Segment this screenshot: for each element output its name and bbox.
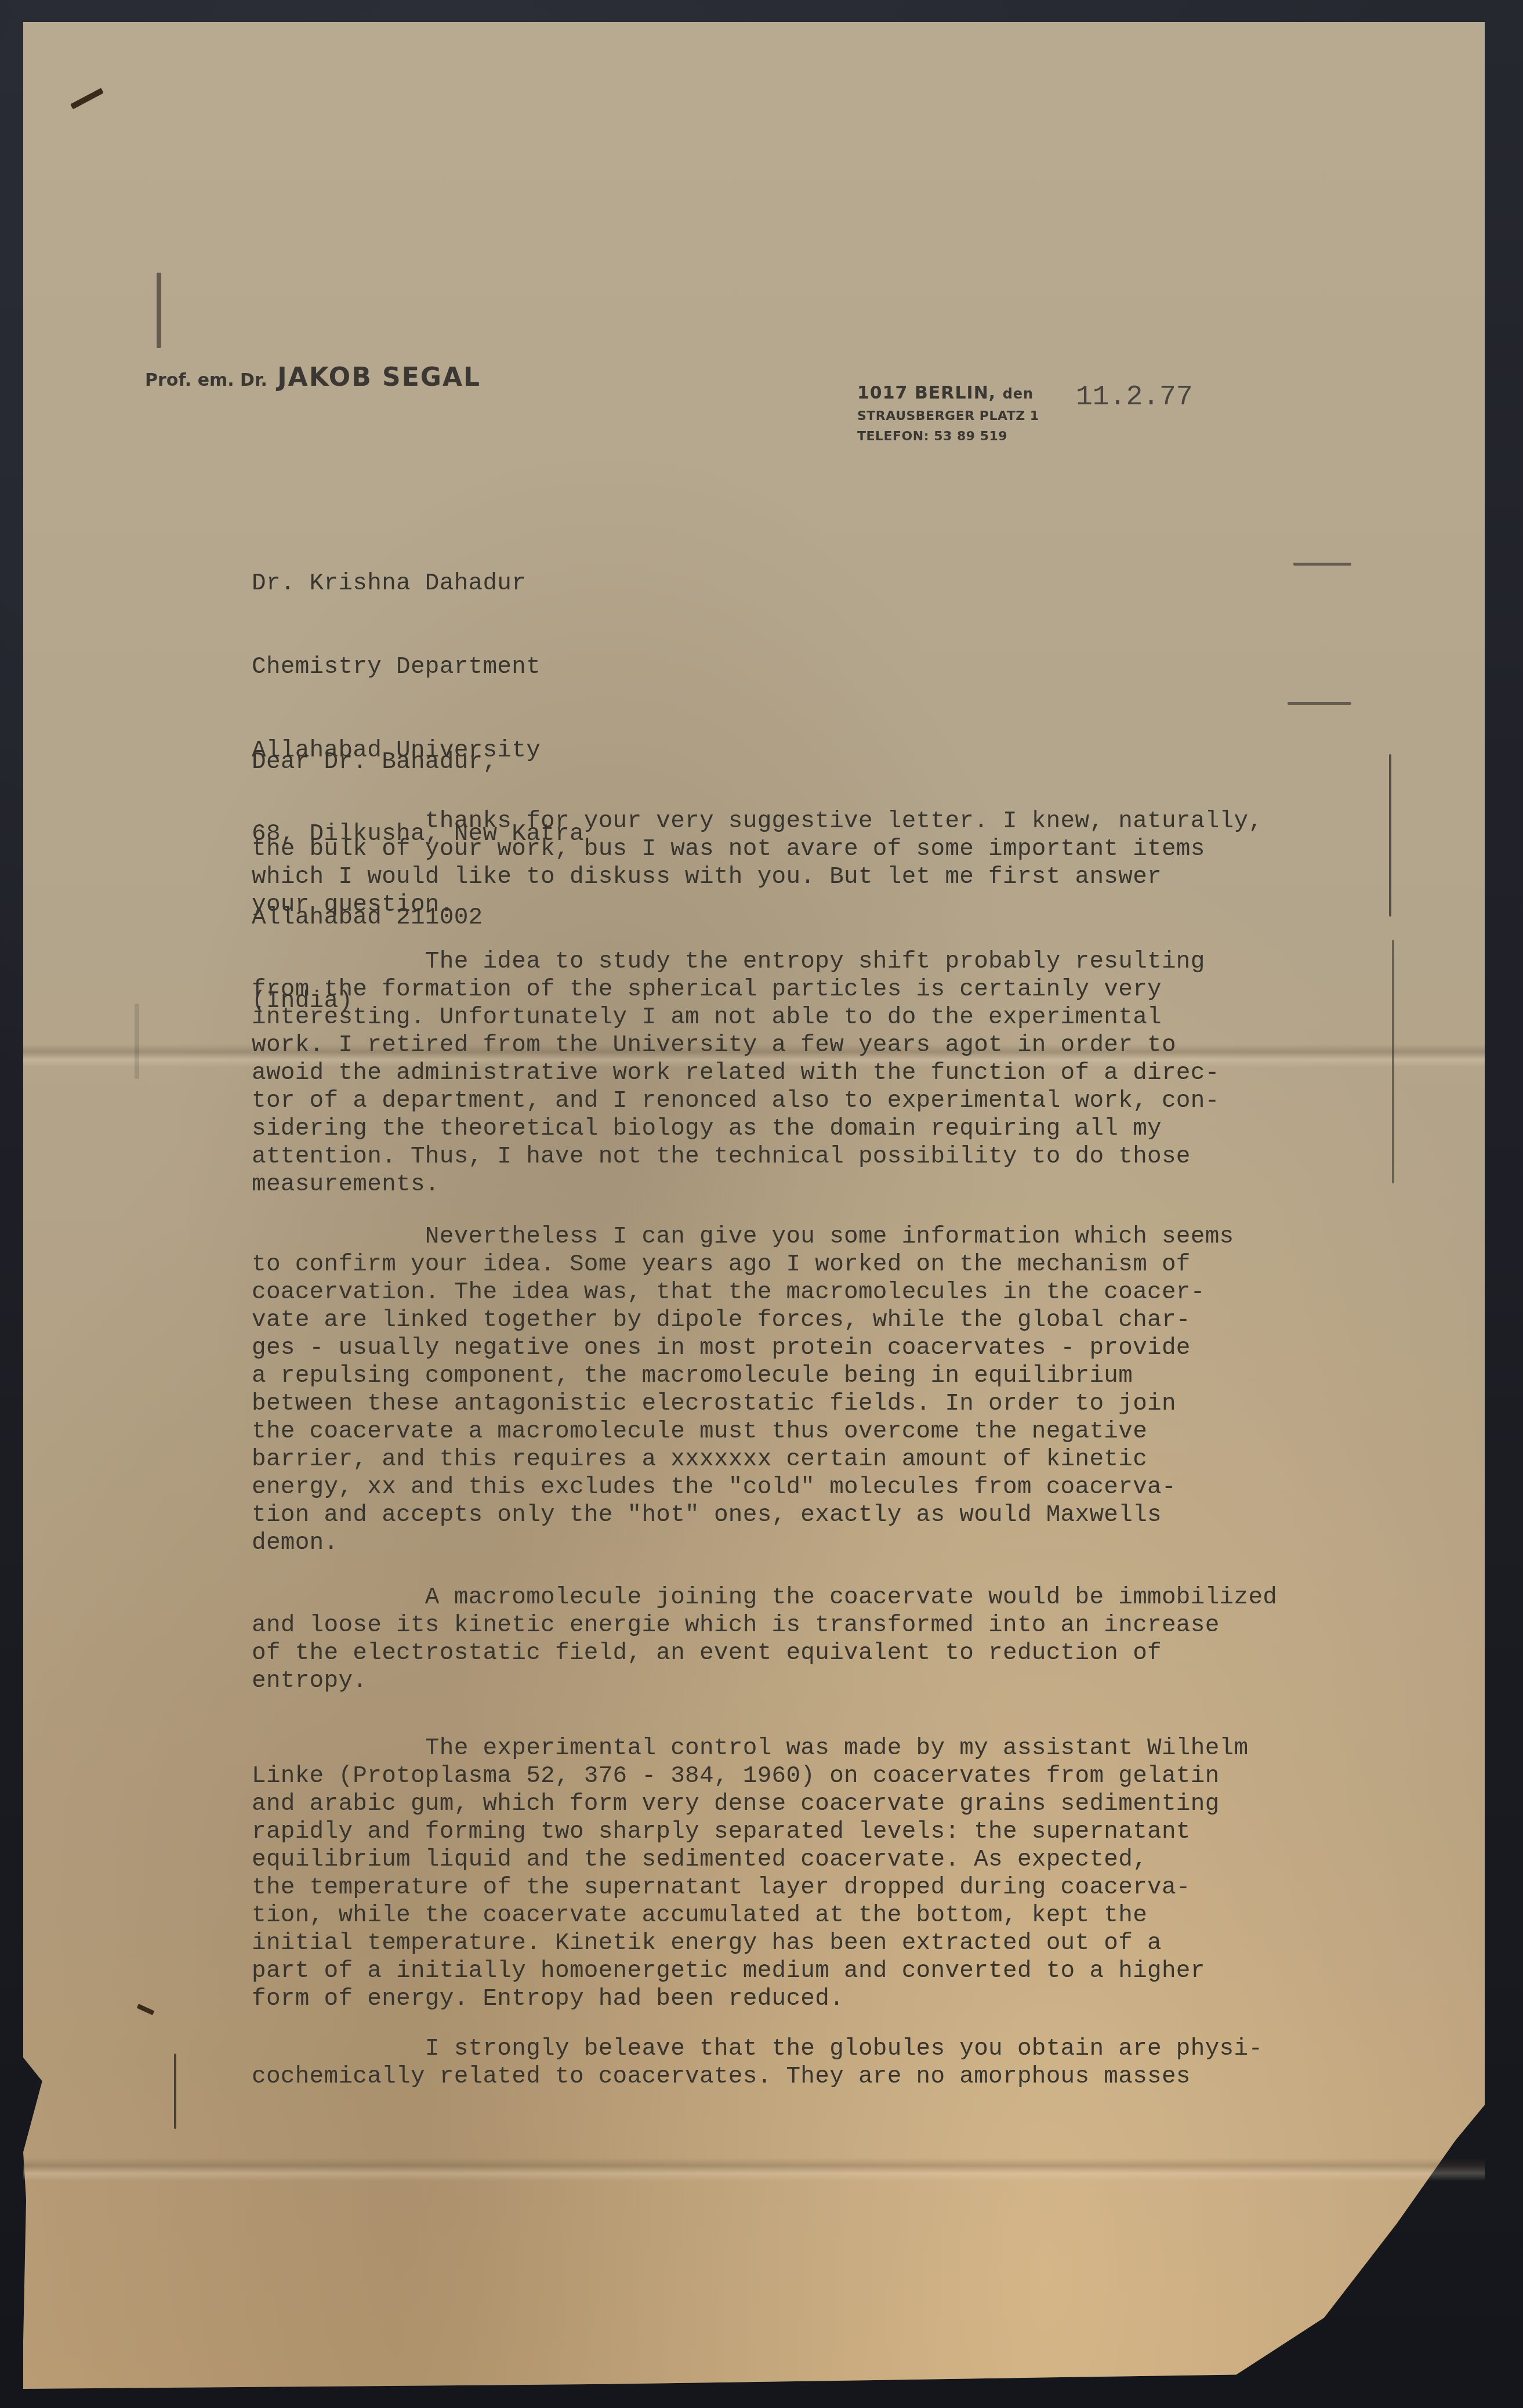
address-city: 1017 BERLIN, (857, 383, 996, 403)
margin-bracket-mark (1392, 940, 1394, 1183)
letterhead-address: 1017 BERLIN, den STRAUSBERGER PLATZ 1 TE… (857, 383, 1039, 444)
recipient-line: Chemistry Department (252, 653, 584, 681)
margin-bracket-mark (1389, 754, 1391, 917)
body-paragraph: A macromolecule joining the coacervate w… (252, 1584, 1277, 1695)
body-paragraph: The idea to study the entropy shift prob… (252, 948, 1220, 1198)
margin-mark (135, 1004, 139, 1079)
body-paragraph: thanks for your very suggestive letter. … (252, 808, 1263, 919)
recipient-line: Dr. Krishna Dahadur (252, 570, 584, 598)
margin-dash-mark (1293, 563, 1351, 566)
sender-name: JAKOB SEGAL (277, 363, 481, 392)
address-den: den (1003, 386, 1034, 402)
pencil-line-mark (174, 2054, 176, 2129)
sender-title: Prof. em. Dr. (145, 370, 267, 390)
address-street: STRAUSBERGER PLATZ 1 (857, 409, 1039, 423)
address-phone: TELEFON: 53 89 519 (857, 429, 1039, 444)
letterhead-sender: Prof. em. Dr. JAKOB SEGAL (145, 363, 481, 392)
body-paragraph: The experimental control was made by my … (252, 1735, 1248, 2013)
bleed-through-mark (157, 273, 161, 348)
body-paragraph: I strongly beleave that the globules you… (252, 2035, 1263, 2091)
paper-fold-crease (23, 2158, 1485, 2181)
body-paragraph: Nevertheless I can give you some informa… (252, 1223, 1234, 1557)
salutation: Dear Dr. Bahadur, (252, 748, 497, 776)
letter-date: 11.2.77 (1076, 382, 1193, 413)
margin-dash-mark (1288, 702, 1351, 705)
